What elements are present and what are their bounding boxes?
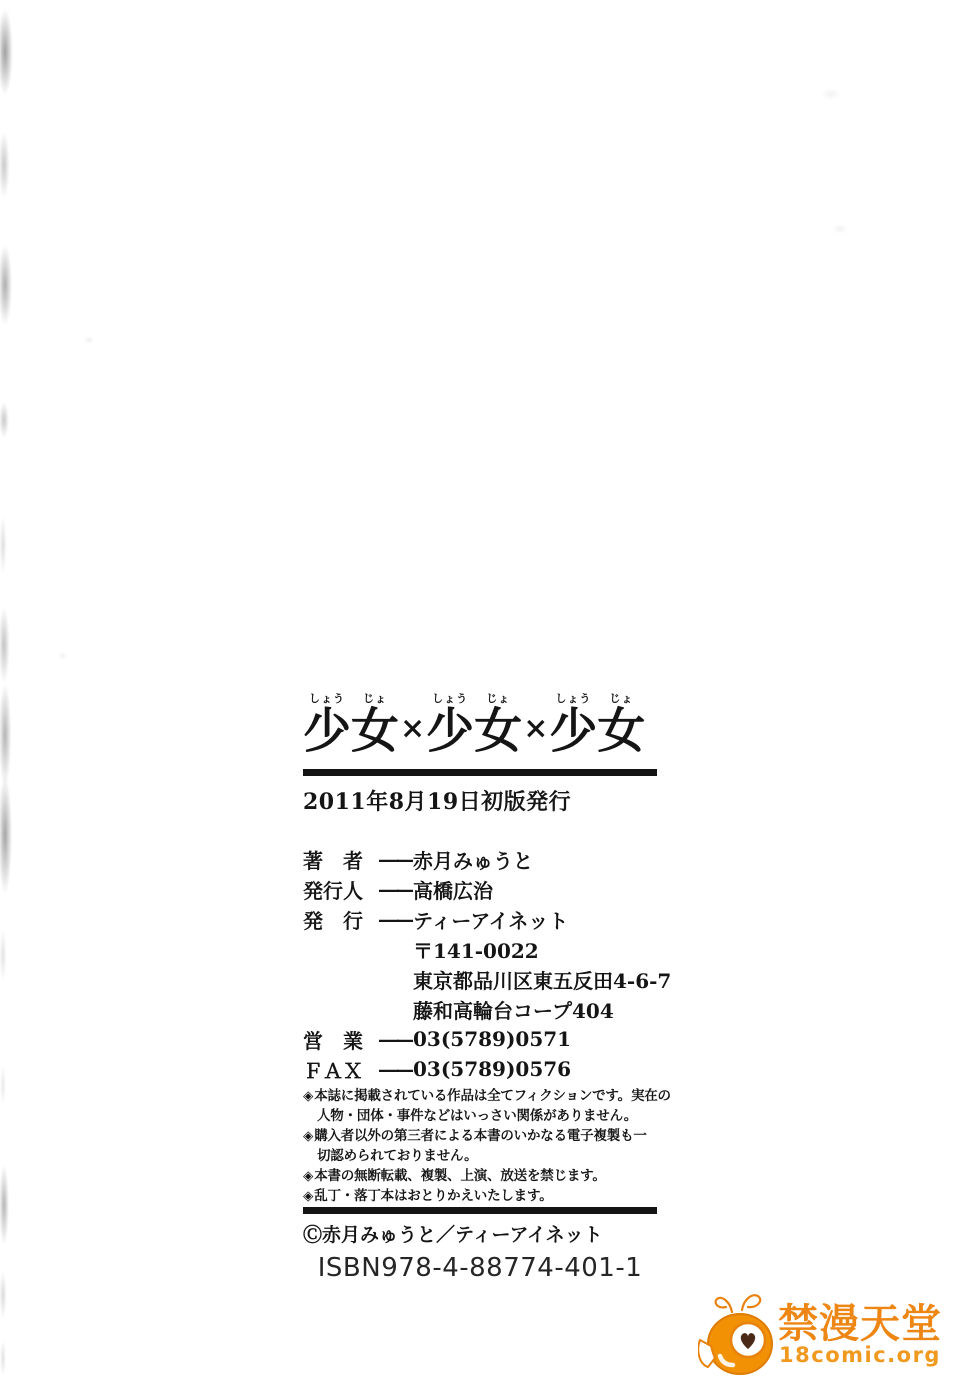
row-value: ティーアイネット — [413, 905, 568, 934]
notices-list: ◈本誌に掲載されている作品は全てフィクションです。実在の人物・団体・事件などはい… — [303, 1086, 657, 1206]
notice-item: ◈本誌に掲載されている作品は全てフィクションです。実在の人物・団体・事件などはい… — [303, 1086, 657, 1126]
publisher-address: 〒141-0022 東京都品川区東五反田4-6-7 藤和高輪台コープ404 — [303, 934, 657, 1024]
notice-item: ◈本書の無断転載、複製、上演、放送を禁じます。 — [303, 1166, 657, 1186]
leader-dash: ―― — [379, 847, 413, 871]
title-character: 少しょう — [303, 703, 351, 759]
contact-rows: 営 業 ―― 03(5789)0571 ＦＡＸ ―― 03(5789)0576 — [303, 1024, 657, 1084]
furigana: じょ — [597, 692, 645, 705]
row-value: 高橋広治 — [413, 875, 493, 904]
row-label: 発行人 — [303, 875, 379, 904]
row-label: 営 業 — [303, 1025, 379, 1054]
notice-line: 切認められておりません。 — [303, 1146, 657, 1166]
scan-smudge — [820, 88, 842, 100]
leader-dash: ―― — [379, 877, 413, 901]
furigana: じょ — [474, 692, 522, 705]
scan-smudge — [84, 336, 94, 344]
copyright-line: Ⓒ赤月みゅうと／ティーアイネット — [303, 1220, 657, 1247]
times-separator: × — [399, 711, 426, 746]
isbn-number: ISBN978-4-88774-401-1 — [303, 1253, 657, 1283]
publication-info: 著 者 ―― 赤月みゅうと 発行人 ―― 高橋広治 発 行 ―― ティーアイネッ… — [303, 844, 657, 1084]
scan-smudge — [58, 652, 68, 660]
leader-dash: ―― — [379, 1057, 413, 1081]
edition-date: 2011年8月19日初版発行 — [303, 785, 657, 816]
publication-row: 発 行 ―― ティーアイネット — [303, 904, 657, 934]
watermark-site-url: 18comic.org — [778, 1343, 942, 1367]
row-label: 著 者 — [303, 845, 379, 874]
row-value: 03(5789)0571 — [413, 1027, 571, 1051]
furigana: じょ — [351, 692, 399, 705]
publication-row: 発行人 ―― 高橋広治 — [303, 874, 657, 904]
publication-rows: 著 者 ―― 赤月みゅうと 発行人 ―― 高橋広治 発 行 ―― ティーアイネッ… — [303, 844, 657, 934]
address-line: 藤和高輪台コープ404 — [303, 994, 657, 1024]
title-character: 少しょう — [549, 703, 597, 759]
address-line: 東京都品川区東五反田4-6-7 — [303, 964, 657, 994]
contact-row: 営 業 ―― 03(5789)0571 — [303, 1024, 657, 1054]
address-line: 〒141-0022 — [303, 934, 657, 964]
notice-line: ◈乱丁・落丁本はおとりかえいたします。 — [303, 1186, 657, 1206]
notice-item: ◈乱丁・落丁本はおとりかえいたします。 — [303, 1186, 657, 1206]
scan-smudge — [832, 224, 848, 234]
furigana: しょう — [426, 692, 474, 705]
notice-line: ◈本書の無断転載、複製、上演、放送を禁じます。 — [303, 1166, 657, 1186]
notice-bullet-icon: ◈ — [303, 1128, 313, 1144]
notice-bullet-icon: ◈ — [303, 1188, 313, 1204]
notice-line: 人物・団体・事件などはいっさい関係がありません。 — [303, 1106, 657, 1126]
contact-row: ＦＡＸ ―― 03(5789)0576 — [303, 1054, 657, 1084]
book-title: 少しょう女じょ×少しょう女じょ×少しょう女じょ — [303, 692, 657, 756]
watermark-site-name: 禁漫天堂 — [778, 1304, 942, 1344]
publication-row: 著 者 ―― 赤月みゅうと — [303, 844, 657, 874]
divider-rule-top — [303, 769, 657, 776]
row-label: ＦＡＸ — [303, 1055, 379, 1084]
watermark: 禁漫天堂 18comic.org — [698, 1288, 950, 1380]
title-character: 女じょ — [597, 703, 645, 759]
notice-bullet-icon: ◈ — [303, 1088, 313, 1104]
divider-rule-bottom — [303, 1207, 657, 1214]
row-label: 発 行 — [303, 905, 379, 934]
scan-edge-texture — [0, 0, 22, 1380]
furigana: しょう — [303, 692, 351, 705]
notice-item: ◈購入者以外の第三者による本書のいかなる電子複製も一切認められておりません。 — [303, 1126, 657, 1166]
leader-dash: ―― — [379, 1027, 413, 1051]
colophon-block: 少しょう女じょ×少しょう女じょ×少しょう女じょ 2011年8月19日初版発行 著… — [303, 692, 657, 1283]
times-separator: × — [522, 711, 549, 746]
title-character: 女じょ — [474, 703, 522, 759]
scanned-colophon-page: 少しょう女じょ×少しょう女じょ×少しょう女じょ 2011年8月19日初版発行 著… — [0, 0, 960, 1380]
title-character: 少しょう — [426, 703, 474, 759]
notice-bullet-icon: ◈ — [303, 1168, 313, 1184]
row-value: 赤月みゅうと — [413, 845, 533, 874]
leader-dash: ―― — [379, 907, 413, 931]
row-value: 03(5789)0576 — [413, 1057, 571, 1081]
furigana: しょう — [549, 692, 597, 705]
notice-line: ◈本誌に掲載されている作品は全てフィクションです。実在の — [303, 1086, 657, 1106]
title-character: 女じょ — [351, 703, 399, 759]
notice-line: ◈購入者以外の第三者による本書のいかなる電子複製も一 — [303, 1126, 657, 1146]
mascot-icon — [698, 1288, 780, 1380]
watermark-text: 禁漫天堂 18comic.org — [778, 1304, 942, 1367]
